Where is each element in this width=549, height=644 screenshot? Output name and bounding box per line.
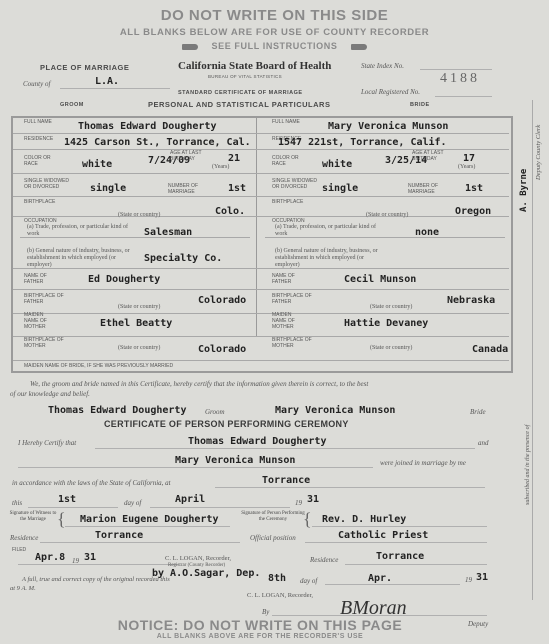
ceremony-month: April (175, 494, 205, 505)
groom-mother-maiden-name: Ethel Beatty (100, 318, 172, 329)
groom-father-state-label: (State or country) (118, 304, 160, 310)
bride-occupation-a-label: (a) Trade, profession, or particular kin… (275, 224, 380, 238)
copy-year-prefix: 19 (465, 576, 472, 584)
local-registered-label: Local Registered No. (361, 88, 420, 96)
groom-marital-label: SINGLE WIDOWED OR DIVORCED (24, 178, 69, 190)
county-label: County of (23, 80, 50, 88)
groom-age: 21 (228, 153, 240, 164)
bride-occupation-b-label: (b) General nature of industry, business… (275, 248, 383, 269)
bride-mother-state-label: (State or country) (370, 345, 412, 351)
pointing-hand-icon (351, 44, 367, 50)
ceremony-heading: CERTIFICATE OF PERSON PERFORMING CEREMON… (104, 419, 349, 429)
groom-birthplace-label: BIRTHPLACE (24, 199, 55, 205)
ceremony-party-2: Mary Veronica Munson (175, 455, 295, 466)
bride-father-birthplace: Nebraska (447, 295, 495, 306)
standard-certificate-label: STANDARD CERTIFICATE OF MARRIAGE (178, 90, 303, 96)
officiant-signature-label: Signature of Person Performing the Cerem… (240, 511, 306, 523)
bride-number-marriage: 1st (465, 183, 483, 194)
witness-residence: Torrance (95, 530, 143, 541)
certification-statement-2: of our knowledge and belief. (10, 390, 90, 398)
place-of-marriage-label: PLACE OF MARRIAGE (40, 63, 129, 72)
official-position: Catholic Priest (338, 530, 428, 541)
groom-father-birthplace-label: BIRTHPLACE OF FATHER (24, 293, 64, 305)
filed-year: 31 (84, 552, 96, 563)
bride-age-label: AGE AT LAST BIRTHDAY (412, 150, 452, 162)
and-label: and (478, 439, 489, 447)
header-instructions: ALL BLANKS BELOW ARE FOR USE OF COUNTY R… (0, 27, 549, 38)
pointing-hand-icon (182, 44, 198, 50)
bride-number-marriage-label: NUMBER OF MARRIAGE (408, 183, 448, 195)
county-value: L.A. (95, 76, 119, 87)
deputy-recorded-by: by A.O.Sagar, Dep. (152, 568, 260, 579)
bride-marital-status: single (322, 183, 358, 194)
copy-day-of-label: day of (300, 577, 317, 585)
groom-age-label: AGE AT LAST BIRTHDAY (170, 150, 210, 162)
copy-year: 31 (476, 572, 488, 583)
filed-year-prefix: 19 (72, 557, 79, 565)
header-see-instructions: SEE FULL INSTRUCTIONS (0, 41, 549, 51)
groom-birthplace: Colo. (215, 206, 245, 217)
groom-column-label: GROOM (60, 102, 84, 108)
groom-mother-birthplace: Colorado (198, 344, 246, 355)
bride-state-country-label: (State or country) (366, 212, 408, 218)
bride-full-name: Mary Veronica Munson (328, 121, 448, 132)
ceremony-year-prefix: 19 (295, 499, 302, 507)
bride-column-label: BRIDE (410, 102, 430, 108)
footer-sub: ALL BLANKS ABOVE ARE FOR THE RECORDER'S … (100, 633, 420, 640)
groom-signature: Thomas Edward Dougherty (48, 405, 186, 416)
filed-date: Apr.8 (35, 552, 65, 563)
ceremony-party-1: Thomas Edward Dougherty (188, 436, 326, 447)
groom-number-marriage-label: NUMBER OF MARRIAGE (168, 183, 208, 195)
bride-father-name: Cecil Munson (344, 274, 416, 285)
bride-marital-label: SINGLE WIDOWED OR DIVORCED (272, 178, 317, 190)
marriage-certificate: DO NOT WRITE ON THIS SIDE ALL BLANKS BEL… (0, 0, 549, 644)
copy-month: Apr. (368, 573, 392, 584)
witness-name: Marion Eugene Dougherty (80, 514, 218, 525)
bureau-label: BUREAU OF VITAL STATISTICS (208, 74, 282, 79)
brace-icon: { (303, 510, 312, 528)
ceremony-year: 31 (307, 494, 319, 505)
bride-residence: 1547 221st, Torrance, Calif. (278, 137, 447, 148)
joined-in-marriage-text: were joined in marriage by me (380, 459, 466, 467)
deputy-clerk-title: Deputy County Clerk (535, 125, 542, 180)
bride-years-label: (Years) (458, 164, 475, 170)
bride-birthplace: Oregon (455, 206, 491, 217)
groom-occupation-industry: Specialty Co. (144, 253, 222, 264)
copy-day: 8th (268, 573, 286, 584)
certification-statement: We, the groom and bride named in this Ce… (30, 380, 368, 388)
bride-mother-maiden-name: Hattie Devaney (344, 318, 428, 329)
ceremony-day: 1st (58, 494, 76, 505)
groom-full-name: Thomas Edward Dougherty (78, 121, 216, 132)
bride-mother-birthplace-label: BIRTHPLACE OF MOTHER (272, 337, 312, 349)
by-label: By (262, 608, 269, 616)
bride-full-name-label: FULL NAME (272, 119, 300, 125)
groom-occupation-trade: Salesman (144, 227, 192, 238)
bride-maiden-name-label: MAIDEN NAME OF BRIDE, IF SHE WAS PREVIOU… (24, 363, 173, 369)
bride-mother-birthplace: Canada (472, 344, 508, 355)
officiant-residence: Torrance (376, 551, 424, 562)
groom-residence-label: RESIDENCE (24, 136, 53, 142)
groom-residence: 1425 Carson St., Torrance, Cal. (64, 137, 251, 148)
groom-number-marriage: 1st (228, 183, 246, 194)
bride-father-birthplace-label: BIRTHPLACE OF FATHER (272, 293, 312, 305)
state-index-label: State Index No. (361, 62, 404, 70)
bride-mother-name-label: MAIDEN NAME OF MOTHER (272, 312, 304, 330)
this-label: this (12, 499, 22, 507)
groom-father-name: Ed Dougherty (88, 274, 160, 285)
deputy-label: Deputy (468, 620, 488, 628)
groom-years-label: (Years) (212, 164, 229, 170)
hereby-certify-label: I Hereby Certify that (18, 439, 76, 447)
bride-color: white (322, 159, 352, 170)
groom-mother-name-label: MAIDEN NAME OF MOTHER (24, 312, 56, 330)
recorder-label: C. L. LOGAN, Recorder, (165, 555, 231, 562)
groom-color: white (82, 159, 112, 170)
witness-residence-label: Residence (10, 534, 38, 542)
groom-father-birthplace: Colorado (198, 295, 246, 306)
subscribed-text: subscribed and in the presence of (525, 425, 531, 505)
board-title: California State Board of Health (178, 60, 331, 72)
witness-signature-label: Signature of Witness to the Marriage (8, 511, 58, 523)
groom-full-name-label: FULL NAME (24, 119, 52, 125)
bride-color-label: COLOR OR RACE (272, 155, 302, 167)
copy-statement: A full, true and correct copy of the ori… (22, 576, 170, 583)
filed-label: FILED (12, 547, 26, 553)
bride-father-name-label: NAME OF FATHER (272, 273, 302, 285)
local-registered-number: 4188 (440, 71, 480, 87)
official-position-label: Official position (250, 534, 296, 542)
header-warning: DO NOT WRITE ON THIS SIDE (0, 7, 549, 24)
officiant-name: Rev. D. Hurley (322, 514, 406, 525)
groom-state-country-label: (State or country) (118, 212, 160, 218)
recorded-time: at 9 A. M. (10, 585, 36, 592)
groom-occupation-b-label: (b) General nature of industry, business… (27, 248, 135, 269)
deputy-clerk-name: A. Byrne (519, 169, 529, 212)
groom-mother-birthplace-label: BIRTHPLACE OF MOTHER (24, 337, 64, 349)
bride-occupation-trade: none (415, 227, 439, 238)
officiant-residence-label: Residence (310, 556, 338, 564)
bride-signature-label: Bride (470, 408, 486, 416)
groom-father-name-label: NAME OF FATHER (24, 273, 54, 285)
recorder-2-label: C. L. LOGAN, Recorder, (247, 592, 313, 599)
bride-birthplace-label: BIRTHPLACE (272, 199, 303, 205)
bride-signature: Mary Veronica Munson (275, 405, 395, 416)
groom-marital-status: single (90, 183, 126, 194)
accordance-text: in accordance with the laws of the State… (12, 479, 171, 487)
bride-father-state-label: (State or country) (370, 304, 412, 310)
ceremony-place: Torrance (262, 475, 310, 486)
groom-mother-state-label: (State or country) (118, 345, 160, 351)
groom-color-label: COLOR OR RACE (24, 155, 54, 167)
groom-occupation-a-label: (a) Trade, profession, or particular kin… (27, 224, 132, 238)
bride-age: 17 (463, 153, 475, 164)
particulars-heading: PERSONAL AND STATISTICAL PARTICULARS (148, 100, 330, 109)
day-of-label: day of (124, 499, 141, 507)
footer-notice: NOTICE: DO NOT WRITE ON THIS PAGE (100, 617, 420, 633)
groom-signature-label: Groom (205, 408, 225, 416)
